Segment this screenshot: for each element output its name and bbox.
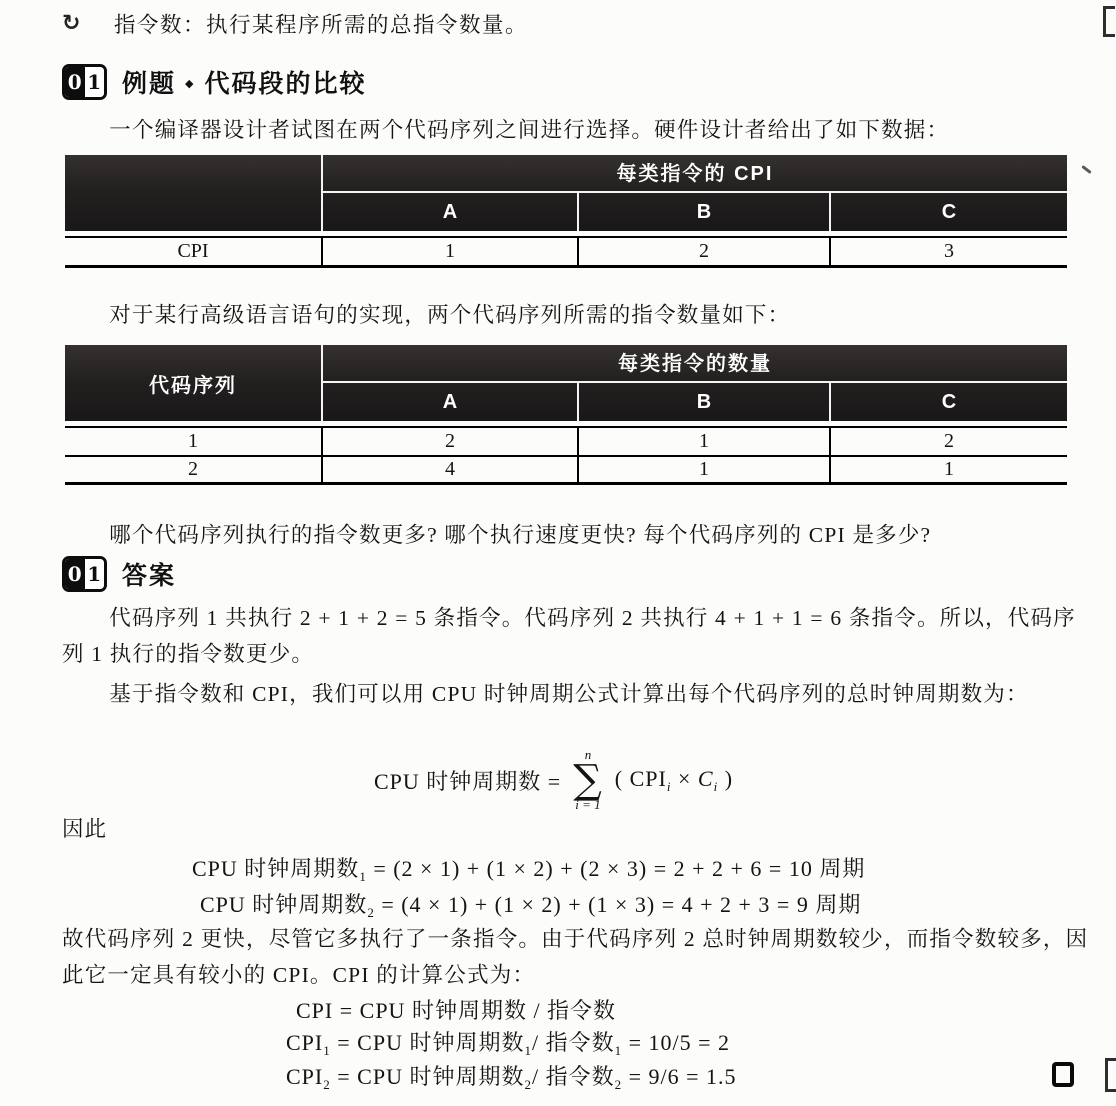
badge-digit-1: 1: [85, 559, 105, 589]
definition-line: ↻ 指令数：执行某程序所需的总指令数量。: [62, 10, 528, 40]
cpi-table-corner-cell: [65, 155, 323, 231]
cell-b: 1: [577, 457, 829, 482]
formula-cpi-1: CPI1 = CPU 时钟周期数1/ 指令数1 = 10/5 = 2: [286, 1026, 730, 1059]
scan-bracket-top-right: [1103, 6, 1115, 37]
formula-cycles-2: CPU 时钟周期数2 = (4 × 1) + (1 × 2) + (1 × 3)…: [200, 888, 861, 921]
column-header-c: C: [829, 383, 1067, 421]
cell-a: 1: [323, 238, 577, 265]
example-title-text: 例题: [122, 64, 176, 100]
cell-c: 1: [829, 457, 1067, 482]
end-of-example-marker: [1052, 1062, 1074, 1087]
column-header-b: B: [577, 383, 829, 421]
counts-table-body: 1 2 1 2 2 4 1 1: [65, 426, 1067, 485]
column-header-a: A: [323, 383, 577, 421]
formula-cpi: CPI = CPU 时钟周期数 / 指令数: [296, 994, 616, 1025]
mid-paragraph: 对于某行高级语言语句的实现，两个代码序列所需的指令数量如下：: [62, 297, 1096, 333]
scan-tick-mark: [1081, 165, 1092, 174]
circular-arrow-icon: ↻: [62, 10, 92, 38]
question-paragraph: 哪个代码序列执行的指令数更多? 哪个执行速度更快? 每个代码序列的 CPI 是多…: [62, 517, 1096, 553]
counts-table-header: 代码序列 每类指令的数量 A B C: [65, 345, 1067, 421]
answer-paragraph-3: 故代码序列 2 更快，尽管它多执行了一条指令。由于代码序列 2 总时钟周期数较少…: [62, 921, 1102, 993]
sigma-glyph: ∑: [573, 762, 603, 798]
cpi-table-body: CPI 1 2 3: [65, 236, 1067, 268]
example-section-header: 0 1 例题 ◆ 代码段的比较: [62, 64, 367, 100]
therefore-text: 因此: [62, 812, 107, 843]
sum-formula-rhs: ( CPIi × Ci ): [615, 766, 733, 795]
answer-title: 答案: [122, 556, 176, 592]
cell-a: 4: [323, 457, 577, 482]
intro-paragraph: 一个编译器设计者试图在两个代码序列之间进行选择。硬件设计者给出了如下数据：: [62, 112, 1096, 148]
badge-digit-0: 0: [65, 67, 85, 97]
sum-formula-lhs: CPU 时钟周期数 =: [374, 765, 561, 796]
sum-formula: CPU 时钟周期数 = n ∑ i = 1 ( CPIi × Ci ): [374, 748, 733, 812]
diamond-separator-icon: ◆: [185, 77, 195, 90]
answer-section-header: 0 1 答案: [62, 556, 176, 592]
column-header-b: B: [577, 193, 829, 231]
sigma-lower-limit: i = 1: [575, 798, 600, 812]
counts-table-corner-cell: 代码序列: [65, 345, 323, 421]
cpi-table-header: 每类指令的 CPI A B C: [65, 155, 1067, 231]
column-header-c: C: [829, 193, 1067, 231]
table-row: 2 4 1 1: [65, 455, 1067, 482]
counts-table: 代码序列 每类指令的数量 A B C 1 2 1 2 2 4 1 1: [65, 345, 1067, 485]
cell-b: 1: [577, 428, 829, 455]
table-row: 1 2 1 2: [65, 428, 1067, 455]
row-label: 1: [65, 428, 323, 455]
answer-paragraph-1: 代码序列 1 共执行 2 + 1 + 2 = 5 条指令。代码序列 2 共执行 …: [62, 600, 1096, 672]
example-badge-01: 0 1: [62, 64, 107, 100]
badge-digit-1: 1: [85, 67, 105, 97]
scan-bracket-bottom-right: [1105, 1058, 1116, 1092]
counts-table-group-header: 每类指令的数量: [323, 345, 1067, 383]
example-subtitle-text: 代码段的比较: [204, 64, 366, 100]
formula-cycles-1: CPU 时钟周期数1 = (2 × 1) + (1 × 2) + (2 × 3)…: [192, 852, 865, 885]
answer-badge-01: 0 1: [62, 556, 107, 592]
formula-cpi-2: CPI2 = CPU 时钟周期数2/ 指令数2 = 9/6 = 1.5: [286, 1060, 737, 1093]
book-page: ↻ 指令数：执行某程序所需的总指令数量。 0 1 例题 ◆ 代码段的比较 一个编…: [0, 0, 1116, 1106]
sigma-symbol: n ∑ i = 1: [573, 748, 603, 812]
cell-c: 3: [829, 238, 1067, 265]
badge-digit-0: 0: [65, 559, 85, 589]
column-header-a: A: [323, 193, 577, 231]
row-label: CPI: [65, 238, 323, 265]
definition-text: 指令数：执行某程序所需的总指令数量。: [114, 10, 528, 40]
cpi-table: 每类指令的 CPI A B C CPI 1 2 3: [65, 155, 1067, 268]
row-label: 2: [65, 457, 323, 482]
cell-c: 2: [829, 428, 1067, 455]
cell-b: 2: [577, 238, 829, 265]
answer-paragraph-2: 基于指令数和 CPI，我们可以用 CPU 时钟周期公式计算出每个代码序列的总时钟…: [62, 676, 1096, 712]
example-title: 例题 ◆ 代码段的比较: [122, 64, 367, 100]
cpi-table-group-header: 每类指令的 CPI: [323, 155, 1067, 193]
table-row: CPI 1 2 3: [65, 238, 1067, 265]
cell-a: 2: [323, 428, 577, 455]
